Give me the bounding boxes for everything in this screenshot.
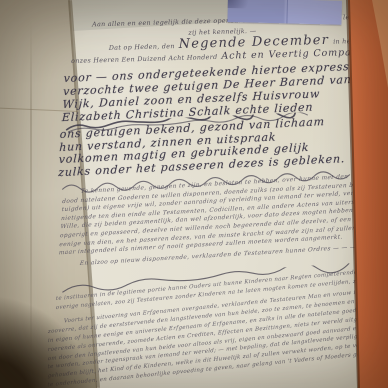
blue-archive-tab [227, 0, 342, 25]
tab-corner-shade [228, 0, 254, 9]
date-prefix: Dat op Heden, den [109, 42, 175, 52]
table-corner-shadow [0, 280, 140, 388]
tab-crease [287, 0, 289, 23]
year-prefix: onzes Heeren Een Duizend Acht Honderd [71, 53, 218, 65]
archive-photo: Aan allen en een iegelijk die deze openb… [0, 0, 388, 388]
